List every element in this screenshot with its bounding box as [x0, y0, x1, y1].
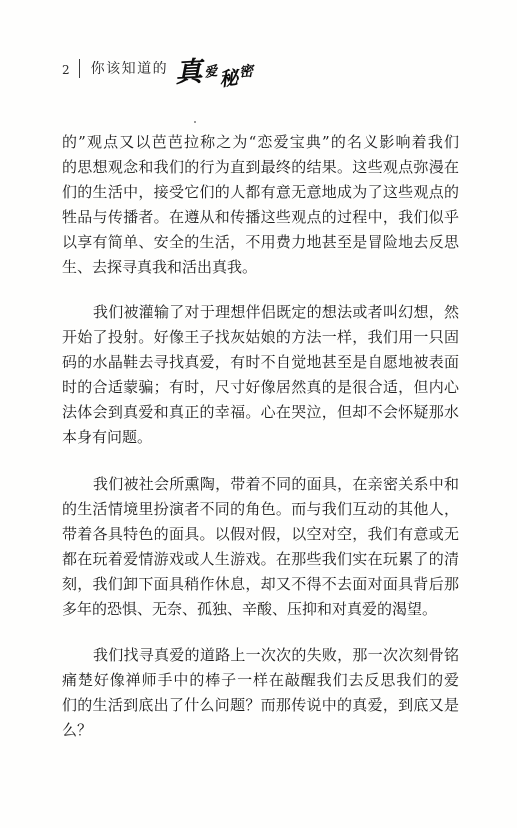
text-line: 码的水晶鞋去寻找真爱，有时不自觉地甚至是自愿地被表面或一	[62, 350, 459, 375]
paragraph-3: 我们被社会所熏陶，带着不同的面具，在亲密关系中和其他 的生活情境里扮演者不同的角…	[62, 472, 459, 622]
text-line: 的”观点又以芭芭拉称之为“恋爱宝典”的名义影响着我们	[62, 130, 459, 155]
text-line: 的生活情境里扮演者不同的角色。而与我们互动的其他人，也都	[62, 497, 459, 522]
text-line: 的思想观念和我们的行为直到最终的结果。这些观点弥漫在我	[62, 155, 459, 180]
text-line: 都在玩着爱情游戏或人生游戏。在那些我们实在玩累了的清醒时	[62, 547, 459, 572]
text-line: 本身有问题。	[62, 425, 459, 450]
text-line: 我们被灌输了对于理想伴侣既定的想法或者叫幻想，然后就	[62, 300, 459, 325]
text-line: 们的生活中，接受它们的人都有意无意地成为了这些观点的牺	[62, 180, 459, 205]
text-line: 么？	[62, 718, 459, 743]
book-title-char-3: 秘	[218, 62, 240, 91]
book-title-logo: 真爱秘密	[175, 49, 253, 88]
page-number: 2	[62, 63, 70, 77]
page-header: 2 你该知道的 真爱秘密	[62, 52, 253, 84]
text-line: 痛楚好像禅师手中的棒子一样在敲醒我们去反思我们的爱情，我	[62, 668, 459, 693]
text-line: 我们被社会所熏陶，带着不同的面具，在亲密关系中和其他	[62, 472, 459, 497]
text-line: 牲品与传播者。在遵从和传播这些观点的过程中，我们似乎可	[62, 205, 459, 230]
book-title-char-2: 爱	[203, 60, 219, 81]
paragraph-1: 的”观点又以芭芭拉称之为“恋爱宝典”的名义影响着我们 的思想观念和我们的行为直到…	[62, 130, 459, 280]
header-divider	[79, 59, 80, 78]
text-line: 们的生活到底出了什么问题？而那传说中的真爱，到底又是什	[62, 693, 459, 718]
paragraph-4: 我们找寻真爱的道路上一次次的失败，那一次次刻骨铭心的 痛楚好像禅师手中的棒子一样…	[62, 643, 459, 743]
text-line: 刻，我们卸下面具稍作休息，却又不得不去面对面具背后那淤积	[62, 572, 459, 597]
scan-speck	[194, 121, 196, 123]
text-line: 以享有简单、安全的生活，不用费力地甚至是冒险地去反思人	[62, 230, 459, 255]
text-line: 多年的恐惧、无奈、孤独、辛酸、压抑和对真爱的渴望。	[62, 597, 459, 622]
book-title-char-4: 密	[238, 60, 254, 81]
text-line: 时的合适蒙骗；有时，尺寸好像居然真的是很合适，但内心却无	[62, 375, 459, 400]
book-title-char-1: 真	[174, 49, 203, 89]
text-line: 生、去探寻真我和活出真我。	[62, 255, 459, 280]
text-line: 带着各具特色的面具。以假对假，以空对空，我们有意或无意地	[62, 522, 459, 547]
text-line: 法体会到真爱和真正的幸福。心在哭泣，但却不会怀疑那水晶鞋	[62, 400, 459, 425]
paragraph-2: 我们被灌输了对于理想伴侣既定的想法或者叫幻想，然后就 开始了投射。好像王子找灰姑…	[62, 300, 459, 450]
series-title: 你该知道的	[91, 58, 169, 78]
text-line: 开始了投射。好像王子找灰姑娘的方法一样，我们用一只固定尺	[62, 325, 459, 350]
text-line: 我们找寻真爱的道路上一次次的失败，那一次次刻骨铭心的	[62, 643, 459, 668]
book-page: 2 你该知道的 真爱秘密 的”观点又以芭芭拉称之为“恋爱宝典”的名义影响着我们 …	[0, 0, 517, 828]
